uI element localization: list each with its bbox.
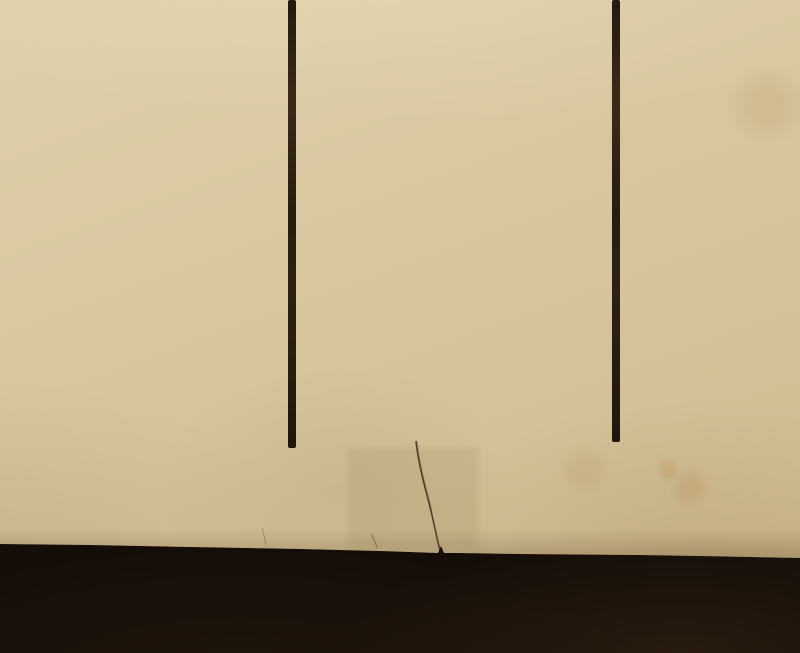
newspaper-page <box>0 0 800 559</box>
column-rule <box>612 0 620 442</box>
newspaper-photo <box>0 0 800 653</box>
showthrough-stain <box>348 448 478 548</box>
column-rule <box>288 0 296 448</box>
